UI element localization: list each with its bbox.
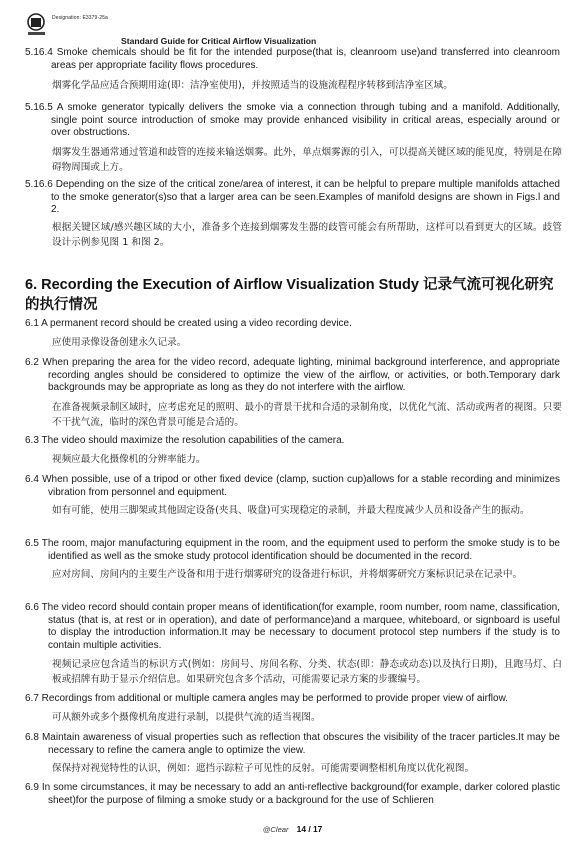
clause-text-zh: 视频应最大化摄像机的分辨率能力。 xyxy=(52,452,562,467)
clause-5-16-6: 5.16.6 Depending on the size of the crit… xyxy=(25,179,560,217)
clause-text-en: 6.5 The room, major manufacturing equipm… xyxy=(25,538,560,563)
clause-5-16-5: 5.16.5 A smoke generator typically deliv… xyxy=(25,102,560,140)
clause-6-1: 6.1 A permanent record should be created… xyxy=(25,318,560,331)
clause-text-en: 6.8 Maintain awareness of visual propert… xyxy=(25,732,560,757)
designation-label: Designation: E3379-25a xyxy=(52,15,108,21)
clause-text-en: 6.3 The video should maximize the resolu… xyxy=(25,435,560,448)
page-footer: @Clear 14 / 17 xyxy=(0,824,585,834)
clause-text-en: 6.4 When possible, use of a tripod or ot… xyxy=(25,474,560,499)
clause-text-zh: 视频记录应包含适当的标识方式(例如：房间号、房间名称、分类、状态(即：静态或动态… xyxy=(52,657,562,687)
page-number: 14 / 17 xyxy=(297,824,323,834)
clause-6-3: 6.3 The video should maximize the resolu… xyxy=(25,435,560,448)
clause-6-9: 6.9 In some circumstances, it may be nec… xyxy=(25,782,560,807)
section-heading-6: 6. Recording the Execution of Airflow Vi… xyxy=(25,275,560,315)
clause-5-16-4: 5.16.4 Smoke chemicals should be fit for… xyxy=(25,47,560,72)
clause-6-6: 6.6 The video record should contain prop… xyxy=(25,602,560,652)
clause-text-zh: 保保持对视觉特性的认识，例如：遮挡示踪粒子可见性的反射。可能需要调整相机角度以优… xyxy=(52,761,562,776)
footer-brand: @Clear xyxy=(263,825,289,834)
clause-text-zh: 应使用录像设备创建永久记录。 xyxy=(52,335,562,350)
clause-text-en: 6.6 The video record should contain prop… xyxy=(25,602,560,652)
clause-text-zh: 在准备视频录制区域时，应考虑充足的照明、最小的背景干扰和合适的录制角度，以优化气… xyxy=(52,400,562,430)
clause-text-en: 5.16.4 Smoke chemicals should be fit for… xyxy=(25,47,560,72)
clause-6-5: 6.5 The room, major manufacturing equipm… xyxy=(25,538,560,563)
clause-text-zh: 如有可能，使用三脚架或其他固定设备(夹具、吸盘)可实现稳定的录制，并最大程度减少… xyxy=(52,503,562,518)
clause-text-en: 6.9 In some circumstances, it may be nec… xyxy=(25,782,560,807)
clause-text-en: 6.1 A permanent record should be created… xyxy=(25,318,560,331)
clause-6-2: 6.2 When preparing the area for the vide… xyxy=(25,357,560,395)
clause-6-7: 6.7 Recordings from additional or multip… xyxy=(25,693,560,706)
clause-text-zh: 根据关键区域/感兴趣区域的大小，准备多个连接到烟雾发生器的歧管可能会有所帮助，这… xyxy=(52,220,562,250)
clause-text-en: 6.2 When preparing the area for the vide… xyxy=(25,357,560,395)
clause-text-en: 5.16.6 Depending on the size of the crit… xyxy=(25,179,560,217)
clause-text-zh: 烟雾发生器通常通过管道和歧管的连接来输送烟雾。此外，单点烟雾源的引入，可以提高关… xyxy=(52,145,562,175)
astm-logo-icon xyxy=(25,13,49,37)
clause-text-zh: 烟雾化学品应适合预期用途(即：洁净室使用)，并按照适当的设施流程程序转移到洁净室… xyxy=(52,78,562,93)
page-header: Designation: E3379-25a Standard Guide fo… xyxy=(0,0,585,46)
clause-text-en: 6.7 Recordings from additional or multip… xyxy=(25,693,560,706)
clause-6-4: 6.4 When possible, use of a tripod or ot… xyxy=(25,474,560,499)
clause-text-en: 5.16.5 A smoke generator typically deliv… xyxy=(25,102,560,140)
document-title: Standard Guide for Critical Airflow Visu… xyxy=(121,36,316,46)
clause-6-8: 6.8 Maintain awareness of visual propert… xyxy=(25,732,560,757)
clause-text-zh: 应对房间、房间内的主要生产设备和用于进行烟雾研究的设备进行标识，并将烟雾研究方案… xyxy=(52,567,562,582)
clause-text-zh: 可从额外或多个摄像机角度进行录制，以提供气流的适当视图。 xyxy=(52,710,562,725)
